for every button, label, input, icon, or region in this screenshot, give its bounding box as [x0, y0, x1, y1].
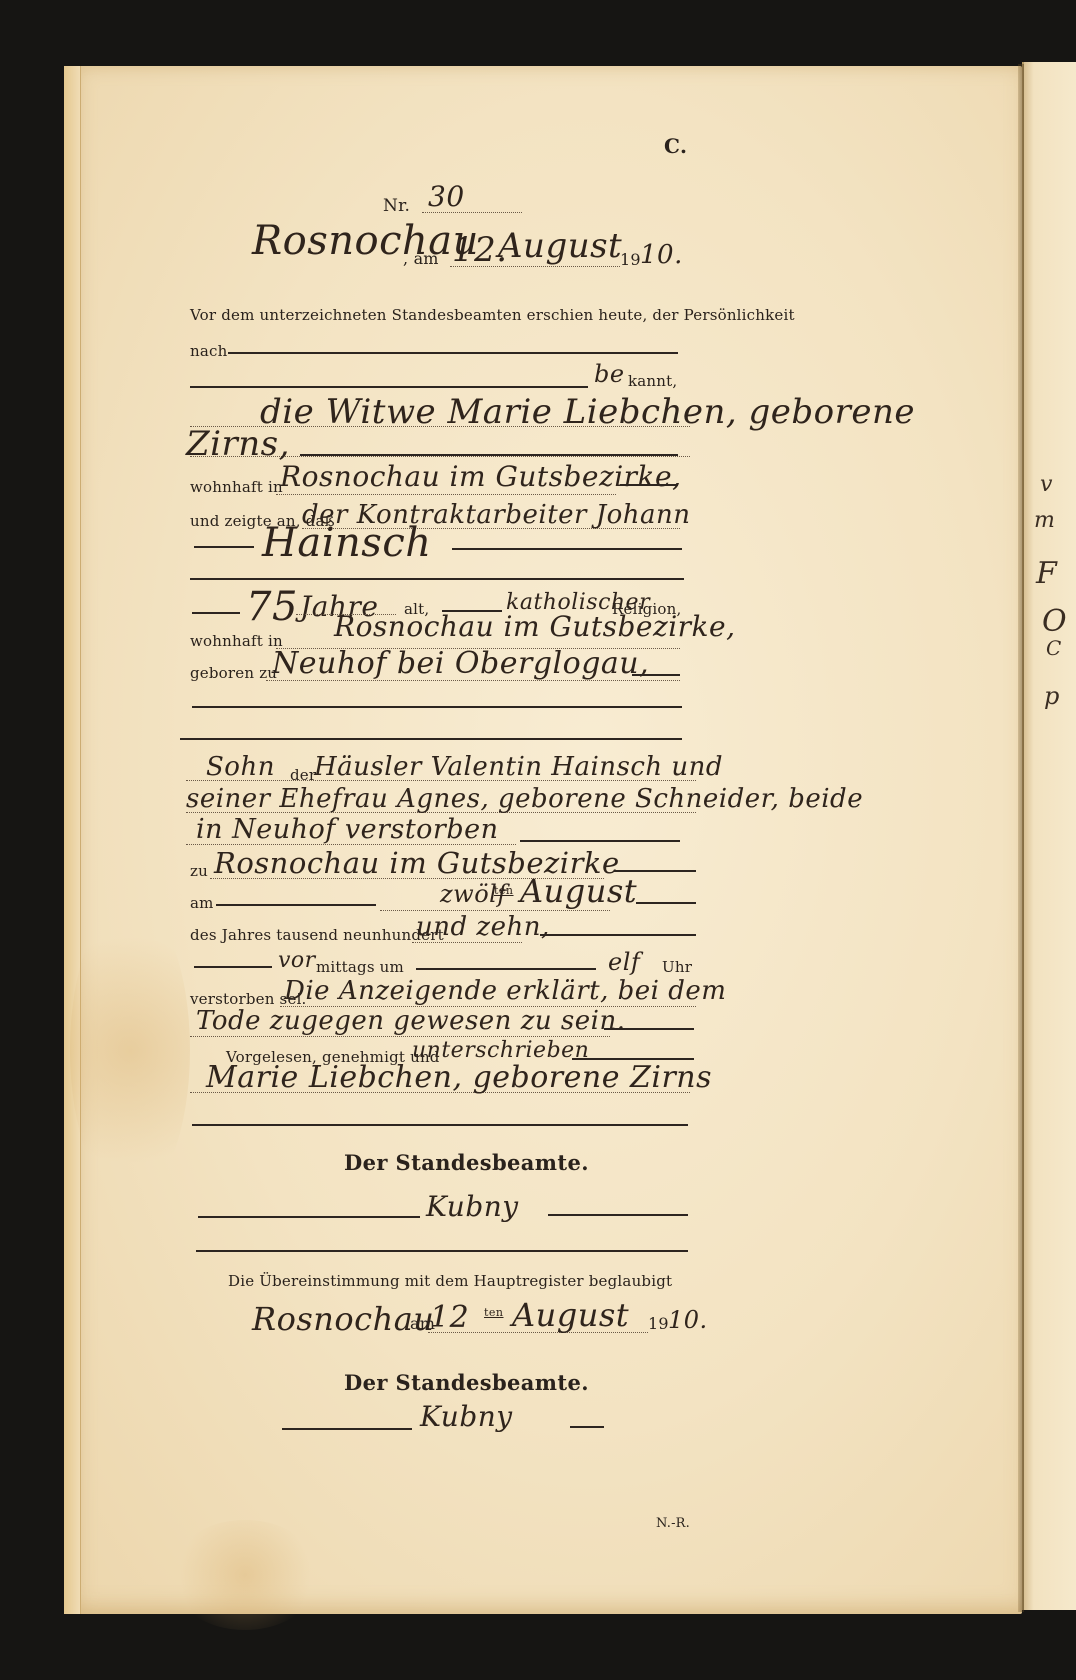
- rule-line: [192, 612, 240, 614]
- parents-der-label: der: [290, 766, 316, 784]
- registrar-signature: Kubny: [426, 1190, 519, 1223]
- certification-year-suffix: 10.: [668, 1306, 708, 1334]
- parents-line3: in Neuhof verstorben: [196, 814, 498, 845]
- uhr-label: Uhr: [662, 958, 692, 976]
- rule-line: [520, 840, 680, 842]
- rule-line: [282, 1428, 412, 1430]
- rule-line: [194, 546, 254, 548]
- rule-line: [198, 1216, 420, 1218]
- rule-line: [190, 578, 684, 580]
- certification-text: Die Übereinstimmung mit dem Hauptregiste…: [228, 1272, 672, 1290]
- rule-line: [196, 1250, 688, 1252]
- death-register-form: C. Nr. 30 Rosnochau , am 12. August 19 1…: [0, 0, 1076, 1680]
- certification-day-suffix: ten: [484, 1306, 504, 1319]
- certification-day: 12: [430, 1300, 469, 1335]
- rule-line: [548, 1214, 688, 1216]
- wohnhaft-label-2: wohnhaft in: [190, 632, 283, 650]
- am-label: am: [190, 894, 214, 912]
- rule-line: [180, 738, 682, 740]
- bekannt-hand: be: [594, 360, 625, 388]
- rule-line: [194, 966, 272, 968]
- death-month: August: [520, 872, 637, 910]
- rule-line: [192, 706, 682, 708]
- entry-number: 30: [428, 180, 465, 213]
- informant-name-line1: die Witwe Marie Liebchen, geborene: [260, 392, 915, 432]
- nach-label: nach: [190, 342, 227, 360]
- intro-text: Vor dem unterzeichneten Standesbeamten e…: [190, 306, 795, 324]
- dotted-line: [412, 942, 522, 943]
- header-year-prefix: 19: [620, 250, 641, 269]
- header-am-label: , am: [403, 249, 439, 268]
- rule-line: [540, 934, 696, 936]
- hour-hand: elf: [608, 948, 640, 976]
- scan-background: v m F O C p C. Nr. 30 Rosnochau , am 12.…: [0, 0, 1076, 1680]
- nr-label: Nr.: [383, 196, 410, 216]
- informant-signature: Marie Liebchen, geborene Zirns: [206, 1060, 712, 1095]
- header-place: Rosnochau: [252, 218, 479, 264]
- geboren-label: geboren zu: [190, 664, 277, 682]
- dotted-line: [190, 1036, 610, 1037]
- rule-line: [570, 1426, 604, 1428]
- statement-line2: Tode zugegen gewesen zu sein.: [196, 1006, 625, 1036]
- rule-line: [632, 674, 680, 676]
- vor-hand: vor: [278, 948, 316, 973]
- parents-line2: seiner Ehefrau Agnes, geborene Schneider…: [186, 784, 863, 814]
- death-year-words: und zehn,: [416, 912, 550, 942]
- rule-line: [300, 454, 678, 456]
- certification-registrar-heading: Der Standesbeamte.: [344, 1370, 589, 1395]
- parents-line1-father: Häusler Valentin Hainsch und: [314, 752, 723, 782]
- header-year-suffix: 10.: [640, 240, 683, 270]
- rule-line: [190, 386, 588, 388]
- rule-line: [216, 904, 376, 906]
- informant-name-line2: Zirns,: [186, 424, 290, 464]
- certification-month: August: [512, 1296, 629, 1334]
- statement-line1: Die Anzeigende erklärt, bei dem: [284, 976, 726, 1006]
- header-date-month: August: [498, 226, 622, 266]
- certification-registrar-signature: Kubny: [420, 1400, 513, 1433]
- dotted-line: [380, 910, 610, 911]
- rule-line: [228, 352, 678, 354]
- certification-place: Rosnochau: [252, 1300, 434, 1338]
- wohnhaft-label: wohnhaft in: [190, 478, 283, 496]
- zu-label: zu: [190, 862, 208, 880]
- age-value: 75: [246, 584, 298, 630]
- informant-residence: Rosnochau im Gutsbezirke,: [280, 460, 682, 493]
- deceased-name-line2: Hainsch: [262, 520, 431, 566]
- mittags-label: mittags um: [316, 958, 404, 976]
- bekannt-label: kannt,: [628, 372, 677, 390]
- rule-line: [452, 548, 682, 550]
- dotted-line: [276, 494, 616, 495]
- registrar-heading: Der Standesbeamte.: [344, 1150, 589, 1175]
- parents-line1-son: Sohn: [206, 752, 275, 782]
- footer-mark: N.-R.: [656, 1516, 690, 1531]
- certification-year-prefix: 19: [648, 1314, 669, 1333]
- death-day-suffix: ten: [494, 884, 514, 897]
- jahres-label: des Jahres tausend neunhundert: [190, 926, 444, 944]
- rule-line: [636, 902, 696, 904]
- rule-line: [416, 968, 596, 970]
- deceased-residence: Rosnochau im Gutsbezirke,: [334, 610, 736, 643]
- rule-line: [620, 484, 678, 486]
- rule-line: [192, 1124, 688, 1126]
- birthplace: Neuhof bei Oberglogau,: [272, 646, 649, 681]
- rule-line: [604, 1028, 694, 1030]
- section-letter: C.: [664, 134, 687, 158]
